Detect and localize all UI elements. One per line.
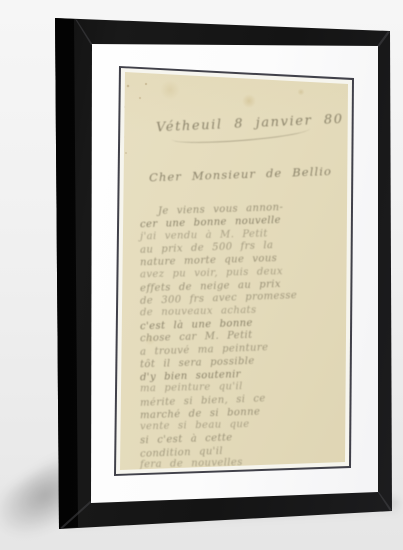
photo-background: Vétheuil 8 janvier 80 Cher Monsieur de B… <box>0 0 403 550</box>
